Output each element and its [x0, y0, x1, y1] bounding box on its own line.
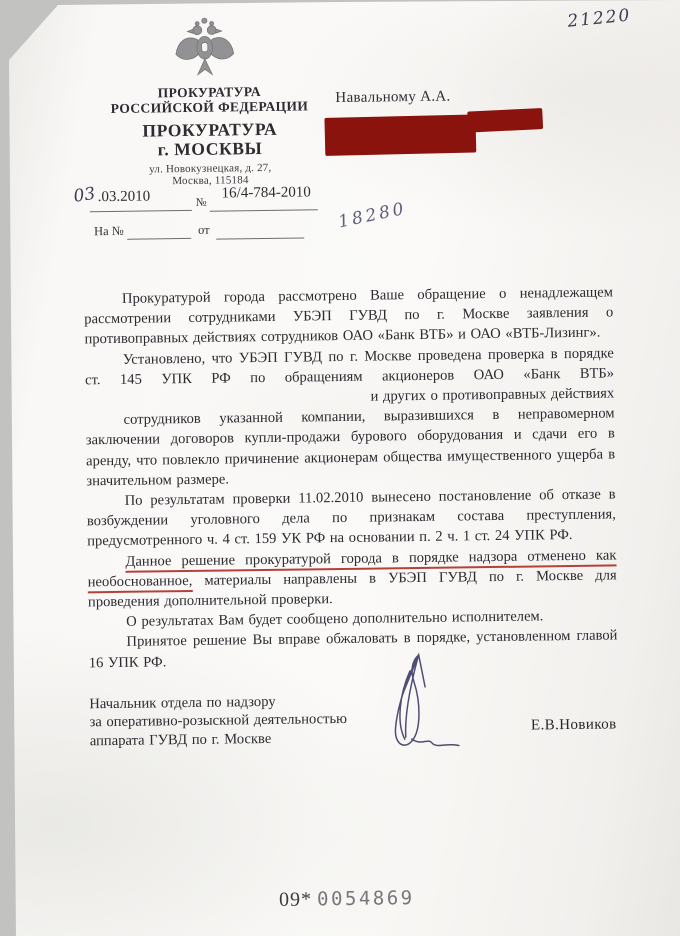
date-underline [90, 210, 192, 212]
paragraph-3: По результатам проверки 11.02.2010 вынес… [87, 484, 617, 552]
paragraph-2-after-gap: сотрудников указанной компании, выразивш… [85, 404, 615, 492]
scanned-letter-page: 21220 ПРОКУР [0, 0, 680, 936]
handwritten-incoming-number: 18280 [337, 199, 409, 233]
handwritten-registration-number: 21220 [567, 5, 633, 31]
paragraph-2-before-gap: Установлено, что УБЭП ГУВД по г. Москве … [85, 343, 614, 390]
reply-on-label: На № [94, 224, 124, 239]
paragraph-4: Данное решение прокуратурой города в пор… [87, 545, 617, 613]
stamp-prefix: 09* [279, 888, 312, 910]
redaction-block-extension [467, 108, 543, 133]
date-printed: .03.2010 [98, 188, 151, 206]
paragraph-1: Прокуратурой города рассмотрено Ваше обр… [84, 282, 614, 350]
reply-date-underline [216, 237, 304, 239]
outgoing-number: 16/4-784-2010 [222, 184, 311, 202]
number-label: № [196, 197, 207, 209]
signer-position-line3: аппарата ГУВД по г. Москве [90, 728, 400, 751]
stamp-digits: 0054869 [317, 887, 415, 910]
redaction-block-main [324, 114, 476, 156]
letter-body: Прокуратурой города рассмотрено Ваше обр… [84, 282, 619, 781]
org-name-line2: РОССИЙСКОЙ ФЕДЕРАЦИИ [82, 98, 336, 116]
reply-from-label: от [198, 223, 210, 238]
signer-name: Е.В.Новиков [531, 714, 617, 735]
handwritten-date-day: 03 [72, 184, 96, 207]
signature-block: Начальник отдела по надзору за оперативн… [89, 688, 619, 781]
letter-content: 21220 ПРОКУР [0, 0, 680, 936]
handwritten-signature [357, 648, 473, 764]
signer-position: Начальник отдела по надзору за оперативн… [89, 691, 400, 751]
number-underline [210, 209, 318, 211]
reply-number-underline [127, 238, 191, 240]
paragraph-6: Принятое решение Вы вправе обжаловать в … [88, 626, 617, 673]
recipient-name: Навальному А.А. [335, 89, 450, 108]
dept-name-line2: г. МОСКВЫ [83, 138, 337, 160]
footer-stamp: 09*0054869 [7, 884, 680, 916]
coat-of-arms-icon [171, 16, 238, 81]
